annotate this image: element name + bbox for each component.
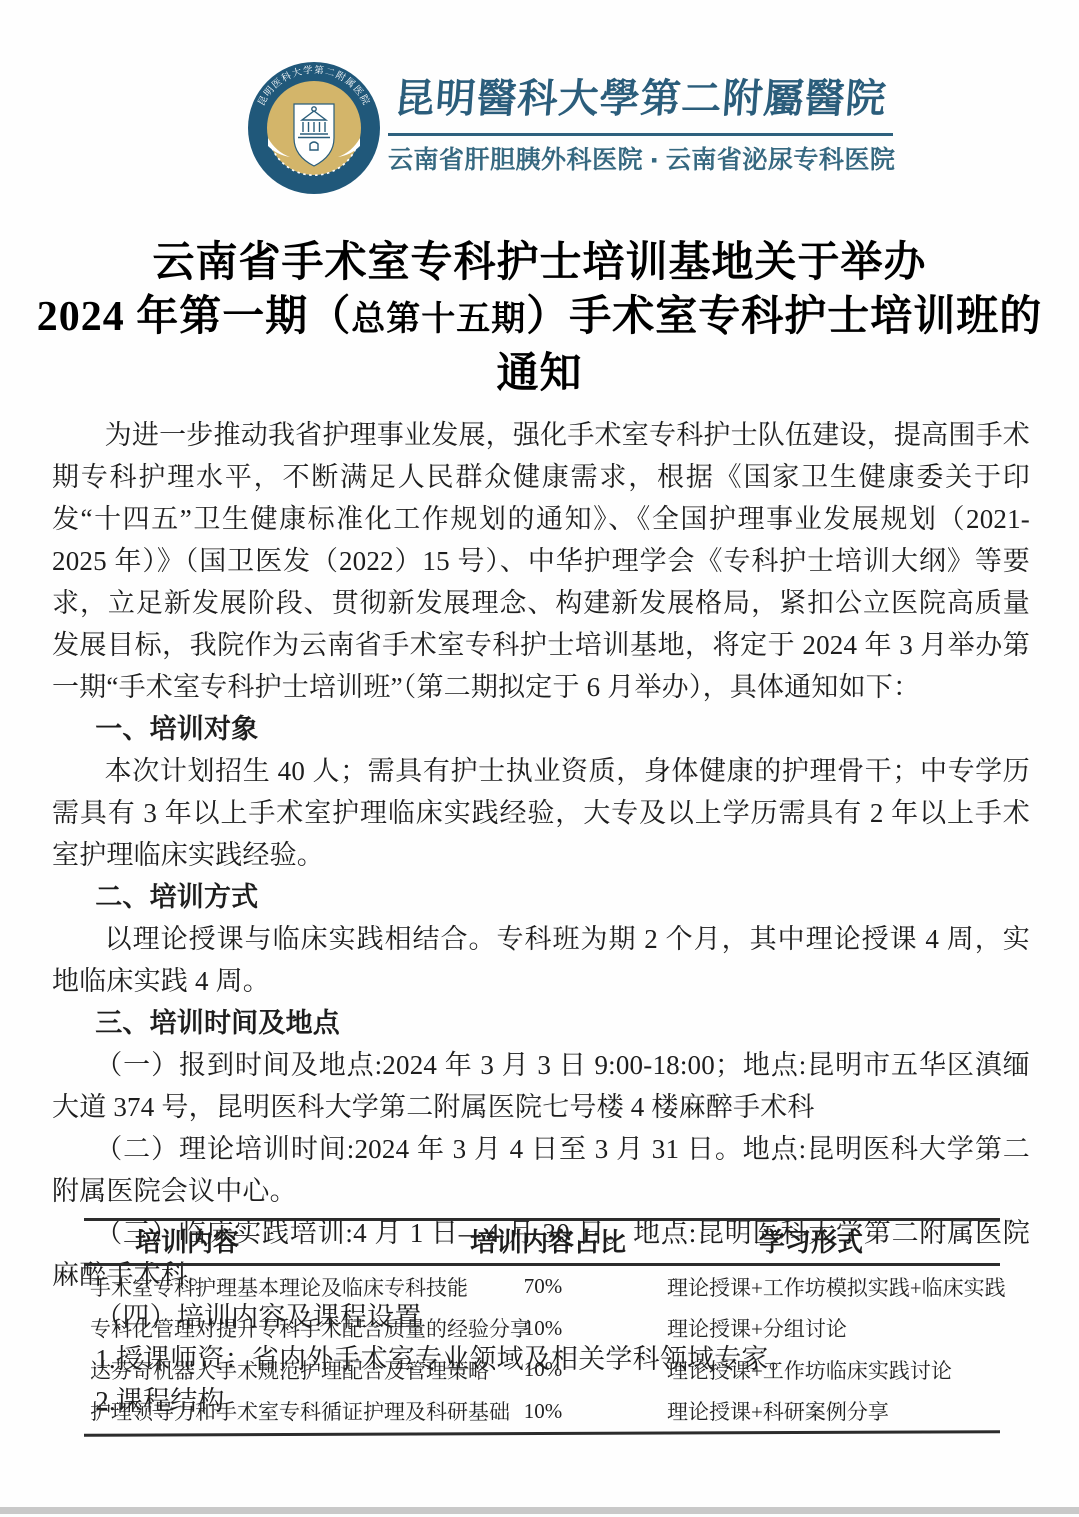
title-line2-small: 总第十五期 [351, 301, 526, 338]
notice-title-line-2: 2024 年第一期（总第十五期）手术室专科护士培训班的 [0, 290, 1079, 347]
hospital-emblem: 昆明医科大学第二附属医院 [246, 60, 382, 196]
title-line2-suffix: ）手术室专科护士培训班的 [526, 294, 1042, 340]
table-row: 专科化管理对提升专科手术配合质量的经验分享 10% 理论授课+分组讨论 [84, 1308, 1000, 1350]
course-structure-table: 培训内容 培训内容占比 学习形式 手术室专科护理基本理论及临床专科技能 70% … [84, 1218, 1000, 1435]
subtitle-separator-icon: ▪ [643, 150, 666, 170]
table-cell-content: 达芬奇机器人手术规范护理配合及管理策略 [84, 1355, 504, 1385]
subtitle-hospital-left: 云南省肝胆胰外科医院 [388, 146, 643, 174]
section-3-item-2: （二）理论培训时间:2024 年 3 月 4 日至 3 月 31 日。地点:昆明… [52, 1128, 1030, 1212]
intro-paragraph: 为进一步推动我省护理事业发展，强化手术室专科护士队伍建设，提高围手术期专科护理水… [52, 414, 1030, 708]
notice-title-line-3: 通知 [0, 347, 1079, 401]
section-1-text: 本次计划招生 40 人；需具有护士执业资质，身体健康的护理骨干；中专学历需具有 … [52, 750, 1030, 876]
section-heading-2: 二、培训方式 [52, 876, 1030, 918]
hospital-masthead: 昆明医科大学第二附属医院 昆明醫科大學第二附屬醫院 [246, 60, 893, 196]
table-cell-content: 护理领导力和手术室专科循证护理及科研基础 [84, 1396, 504, 1426]
table-cell-ratio: 10% [504, 1316, 582, 1341]
table-header-row: 培训内容 培训内容占比 学习形式 [84, 1221, 1000, 1263]
table-row: 达芬奇机器人手术规范护理配合及管理策略 10% 理论授课+工作坊临床实践讨论 [84, 1349, 1000, 1391]
table-cell-content: 专科化管理对提升专科手术配合质量的经验分享 [84, 1313, 504, 1343]
table-row: 手术室专科护理基本理论及临床专科技能 70% 理论授课+工作坊模拟实践+临床实践 [84, 1266, 1000, 1308]
title-line2-prefix: 2024 年第一期（ [37, 294, 352, 340]
table-header-ratio: 培训内容占比 [470, 1221, 626, 1263]
section-3-item-1: （一）报到时间及地点:2024 年 3 月 3 日 9:00-18:00；地点:… [52, 1044, 1030, 1128]
table-cell-format: 理论授课+科研案例分享 [582, 1396, 1000, 1426]
table-cell-ratio: 70% [504, 1274, 582, 1299]
hospital-subtitles: 云南省肝胆胰外科医院▪云南省泌尿专科医院 [388, 143, 893, 177]
notice-title-line-1: 云南省手术室专科护士培训基地关于举办 [0, 236, 1079, 290]
section-2-text: 以理论授课与临床实践相结合。专科班为期 2 个月，其中理论授课 4 周，实地临床… [52, 918, 1030, 1002]
table-header-format: 学习形式 [759, 1221, 863, 1263]
notice-document: 昆明医科大学第二附属医院 昆明醫科大學第二附屬醫院 [0, 0, 1079, 1517]
section-heading-3: 三、培训时间及地点 [52, 1002, 1030, 1044]
notice-title: 云南省手术室专科护士培训基地关于举办 2024 年第一期（总第十五期）手术室专科… [0, 236, 1079, 401]
table-cell-format: 理论授课+工作坊模拟实践+临床实践 [582, 1272, 1000, 1302]
table-cell-ratio: 10% [504, 1357, 582, 1382]
table-header-content: 培训内容 [135, 1221, 239, 1263]
hospital-name-calligraphy: 昆明醫科大學第二附屬醫院 [386, 72, 895, 126]
table-cell-format: 理论授课+分组讨论 [582, 1313, 1000, 1343]
masthead-text-block: 昆明醫科大學第二附屬醫院 云南省肝胆胰外科医院▪云南省泌尿专科医院 [388, 60, 893, 196]
masthead-underline [388, 133, 893, 136]
table-cell-format: 理论授课+工作坊临床实践讨论 [582, 1355, 1000, 1385]
table-cell-content: 手术室专科护理基本理论及临床专科技能 [84, 1272, 504, 1302]
table-row: 护理领导力和手术室专科循证护理及科研基础 10% 理论授课+科研案例分享 [84, 1391, 1000, 1433]
table-cell-ratio: 10% [504, 1399, 582, 1424]
subtitle-hospital-right: 云南省泌尿专科医院 [666, 146, 896, 174]
scan-edge-artifact [0, 1507, 1079, 1514]
section-heading-1: 一、培训对象 [52, 708, 1030, 750]
